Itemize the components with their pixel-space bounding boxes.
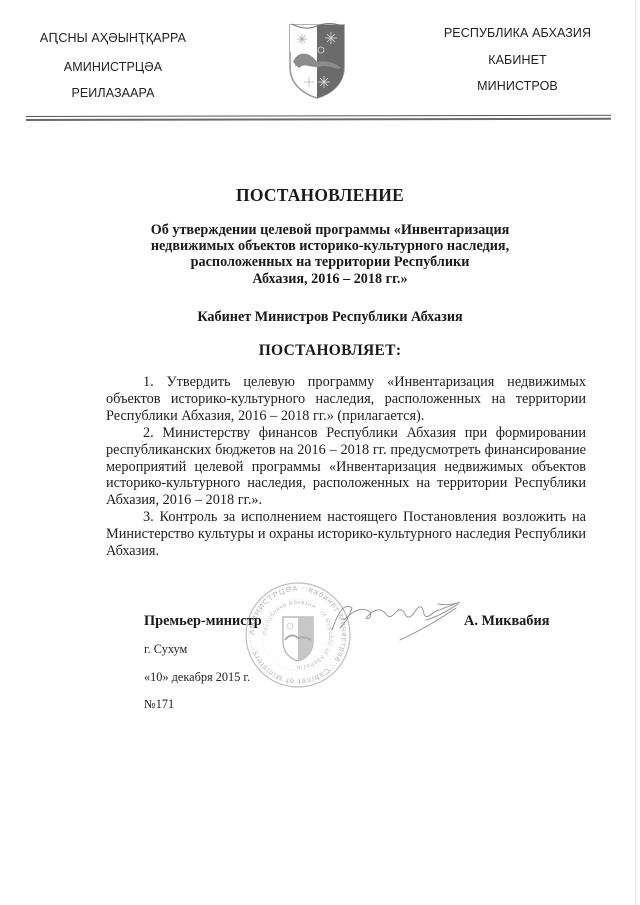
letterhead-divider <box>26 115 611 121</box>
issue-place: г. Сухум <box>144 642 187 657</box>
letterhead-right-line3: МИНИСТРОВ <box>440 79 595 93</box>
paragraph-1: 1. Утвердить целевую программу «Инвентар… <box>106 374 586 425</box>
coat-of-arms-icon <box>287 22 347 100</box>
subtitle-line: недвижимых объектов историко-культурного… <box>120 238 540 254</box>
letterhead-left-line2: АМИНИСТРЦӘА <box>38 60 188 74</box>
paragraph-2: 2. Министерству финансов Республики Абха… <box>106 425 586 510</box>
letterhead-left-line3: РЕИЛАЗААРА <box>38 86 188 100</box>
decrees-heading: ПОСТАНОВЛЯЕТ: <box>0 342 640 360</box>
letterhead-left-line1: АԤСНЫ АҲӘЫНҬҚАРРА <box>38 30 188 45</box>
issuing-authority: Кабинет Министров Республики Абхазия <box>0 309 640 326</box>
signatory-name: А. Миквабия <box>464 613 549 630</box>
subtitle-line: расположенных на территории Республики <box>120 254 540 270</box>
page-edge <box>635 0 636 905</box>
issue-date: «10» декабря 2015 г. <box>144 670 250 685</box>
subtitle-line: Абхазия, 2016 – 2018 гг.» <box>120 271 540 287</box>
divider-line-thick <box>26 117 611 120</box>
document-body: 1. Утвердить целевую программу «Инвентар… <box>106 374 586 560</box>
document-number: №171 <box>144 697 174 712</box>
subtitle-line: Об утверждении целевой программы «Инвент… <box>120 222 540 238</box>
document-subtitle: Об утверждении целевой программы «Инвент… <box>120 222 540 287</box>
letterhead-right-line1: РЕСПУБЛИКА АБХАЗИЯ <box>440 26 595 40</box>
signature-row: Премьер-министр А. Миквабия <box>144 613 564 633</box>
document-title: ПОСТАНОВЛЕНИЕ <box>0 185 640 206</box>
signatory-position: Премьер-министр <box>144 613 262 630</box>
paragraph-3: 3. Контроль за исполнением настоящего По… <box>106 509 586 560</box>
letterhead-right-line2: КАБИНЕТ <box>440 53 595 67</box>
